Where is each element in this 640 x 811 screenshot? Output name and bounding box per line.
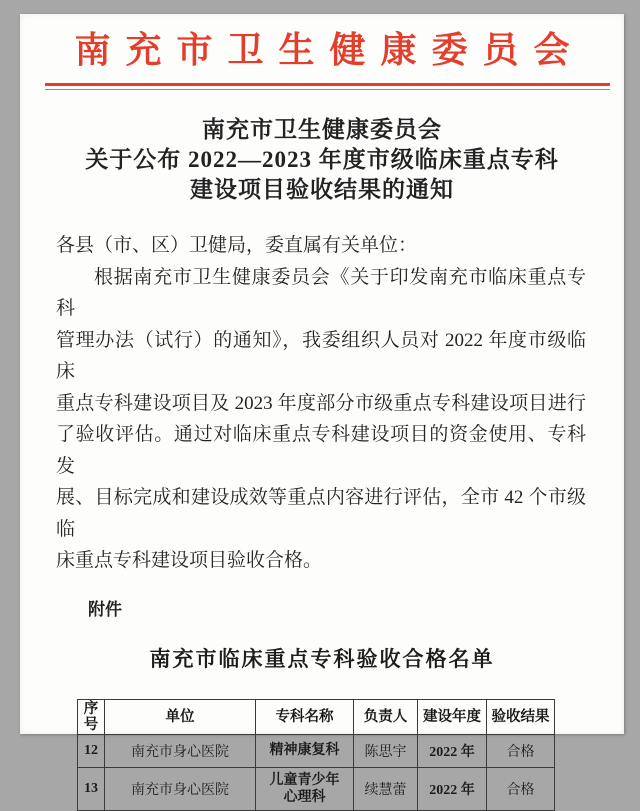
document-title-line-3: 建设项目验收结果的通知 bbox=[20, 175, 624, 205]
roster-table: 序号 单位 专科名称 负责人 建设年度 验收结果 12 南充市身心医院 精神康复… bbox=[77, 699, 555, 745]
document-title-line-2: 关于公布 2022—2023 年度市级临床重点专科 bbox=[20, 145, 624, 175]
roster-table-title: 南充市临床重点专科验收合格名单 bbox=[20, 643, 624, 673]
divider-thin-line bbox=[45, 89, 610, 90]
body-line: 床重点专科建设项目验收合格。 bbox=[56, 545, 586, 577]
col-header-lead: 负责人 bbox=[354, 699, 418, 734]
cell-unit: 南充市身心医院 bbox=[105, 734, 256, 744]
cell-seq: 12 bbox=[78, 734, 105, 744]
document-body: 各县（市、区）卫健局，委直属有关单位： 根据南充市卫生健康委员会《关于印发南充市… bbox=[56, 230, 586, 577]
col-header-result: 验收结果 bbox=[487, 699, 555, 734]
col-header-unit: 单位 bbox=[105, 699, 256, 734]
letterhead-org-name: 南充市卫生健康委员会 bbox=[20, 27, 624, 73]
document-title-line-1: 南充市卫生健康委员会 bbox=[20, 115, 624, 145]
col-header-year: 建设年度 bbox=[418, 699, 487, 734]
table-row: 12 南充市身心医院 精神康复科 陈思宇 2022 年 合格 bbox=[78, 734, 555, 744]
cell-result: 合格 bbox=[487, 734, 555, 744]
roster-header-row: 序号 单位 专科名称 负责人 建设年度 验收结果 bbox=[78, 699, 555, 734]
body-salutation: 各县（市、区）卫健局，委直属有关单位： bbox=[56, 230, 586, 262]
divider-thick-line bbox=[45, 83, 610, 86]
col-header-seq: 序号 bbox=[78, 699, 105, 734]
body-line: 根据南充市卫生健康委员会《关于印发南充市临床重点专科 bbox=[56, 262, 586, 325]
cell-year: 2022 年 bbox=[418, 734, 487, 744]
body-line: 展、目标完成和建设成效等重点内容进行评估，全市 42 个市级临 bbox=[56, 482, 586, 545]
body-line: 管理办法（试行）的通知》，我委组织人员对 2022 年度市级临床 bbox=[56, 325, 586, 388]
letterhead-divider bbox=[45, 83, 610, 90]
col-header-specialty: 专科名称 bbox=[256, 699, 354, 734]
body-line: 重点专科建设项目及 2023 年度部分市级重点专科建设项目进行 bbox=[56, 388, 586, 420]
attachment-label: 附件 bbox=[88, 595, 624, 620]
cell-lead: 陈思宇 bbox=[354, 734, 418, 744]
document-title: 南充市卫生健康委员会 关于公布 2022—2023 年度市级临床重点专科 建设项… bbox=[20, 115, 624, 205]
body-line: 了验收评估。通过对临床重点专科建设项目的资金使用、专科发 bbox=[56, 419, 586, 482]
cell-specialty: 精神康复科 bbox=[256, 734, 354, 744]
document-page: 南充市卫生健康委员会 南充市卫生健康委员会 关于公布 2022—2023 年度市… bbox=[20, 14, 624, 734]
